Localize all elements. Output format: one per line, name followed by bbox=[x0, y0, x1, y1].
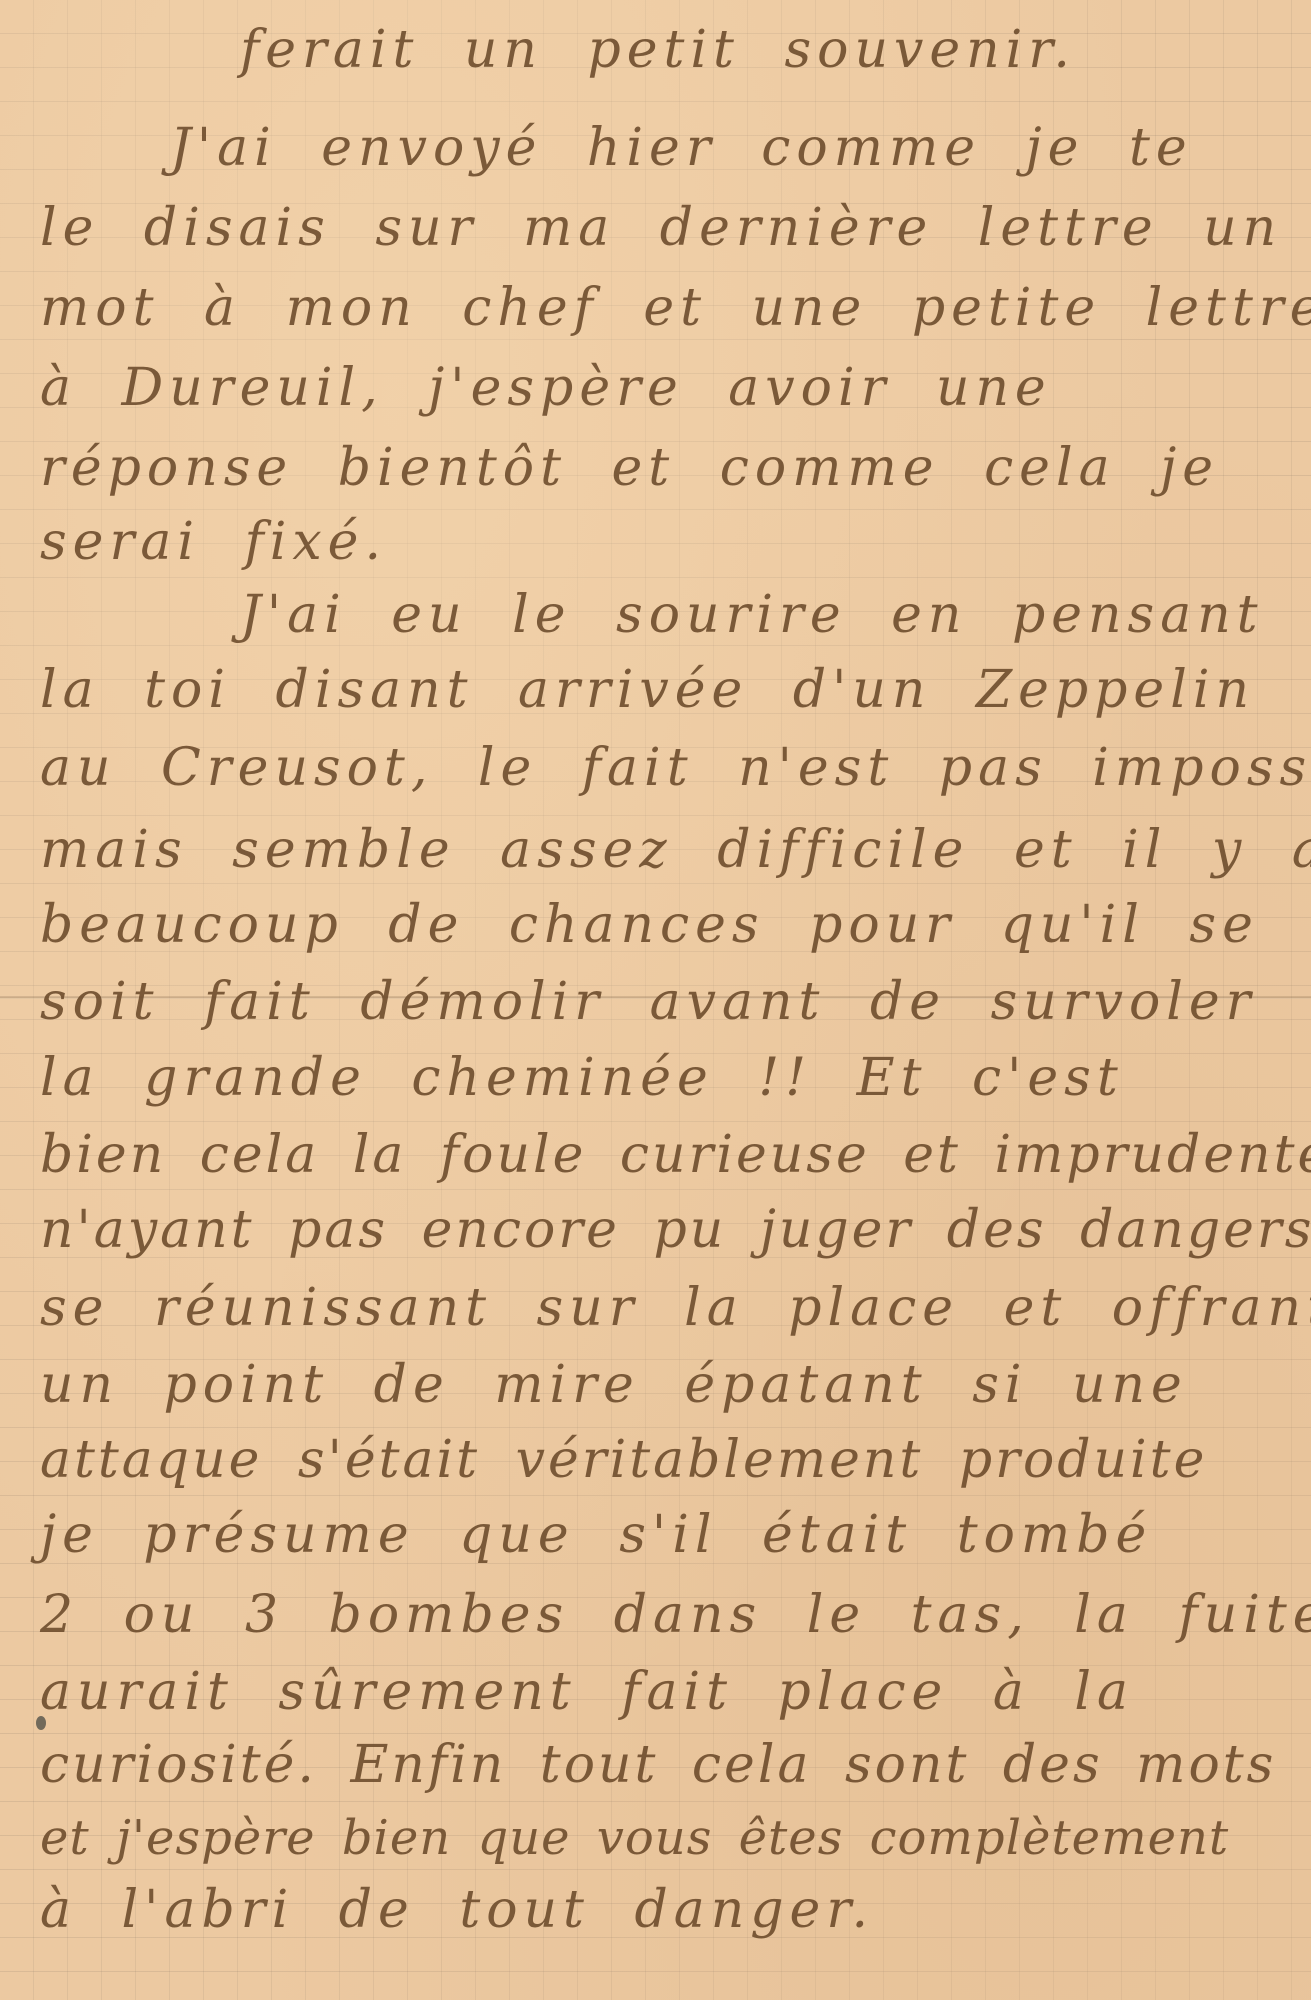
letter-line: 2 ou 3 bombes dans le tas, la fuite bbox=[40, 1585, 1311, 1645]
letter-line: la toi disant arrivée d'un Zeppelin bbox=[40, 660, 1255, 720]
letter-line: ferait un petit souvenir. bbox=[240, 20, 1076, 80]
letter-line: serai fixé. bbox=[40, 512, 387, 572]
letter-line: un point de mire épatant si une bbox=[40, 1355, 1188, 1415]
letter-line: se réunissant sur la place et offrant bbox=[40, 1278, 1311, 1338]
letter-line: mais semble assez difficile et il y a bbox=[40, 820, 1311, 880]
letter-line: la grande cheminée !! Et c'est bbox=[40, 1048, 1124, 1108]
letter-line: J'ai eu le sourire en pensant bbox=[240, 585, 1264, 645]
letter-page: ferait un petit souvenir. J'ai envoyé hi… bbox=[0, 0, 1311, 2000]
letter-line: réponse bientôt et comme cela je bbox=[40, 438, 1219, 498]
letter-line: à l'abri de tout danger. bbox=[40, 1880, 874, 1940]
letter-body: ferait un petit souvenir. J'ai envoyé hi… bbox=[0, 0, 1311, 2000]
letter-line: attaque s'était véritablement produite bbox=[40, 1430, 1207, 1490]
letter-line: aurait sûrement fait place à la bbox=[40, 1662, 1134, 1722]
letter-line: et j'espère bien que vous êtes complètem… bbox=[40, 1810, 1229, 1866]
letter-line: n'ayant pas encore pu juger des dangers, bbox=[40, 1200, 1311, 1260]
letter-line: beaucoup de chances pour qu'il se bbox=[40, 895, 1259, 955]
letter-line: au Creusot, le fait n'est pas impossible bbox=[40, 738, 1311, 798]
letter-line: à Dureuil, j'espère avoir une bbox=[40, 358, 1052, 418]
letter-line: je présume que s'il était tombé bbox=[40, 1505, 1152, 1565]
letter-line: bien cela la foule curieuse et imprudent… bbox=[40, 1125, 1311, 1185]
letter-line: soit fait démolir avant de survoler bbox=[40, 972, 1257, 1032]
letter-line: J'ai envoyé hier comme je te bbox=[170, 118, 1193, 178]
letter-line: mot à mon chef et une petite lettre bbox=[40, 278, 1311, 338]
letter-line: curiosité. Enfin tout cela sont des mots bbox=[40, 1735, 1276, 1795]
letter-line: le disais sur ma dernière lettre un bbox=[40, 198, 1282, 258]
